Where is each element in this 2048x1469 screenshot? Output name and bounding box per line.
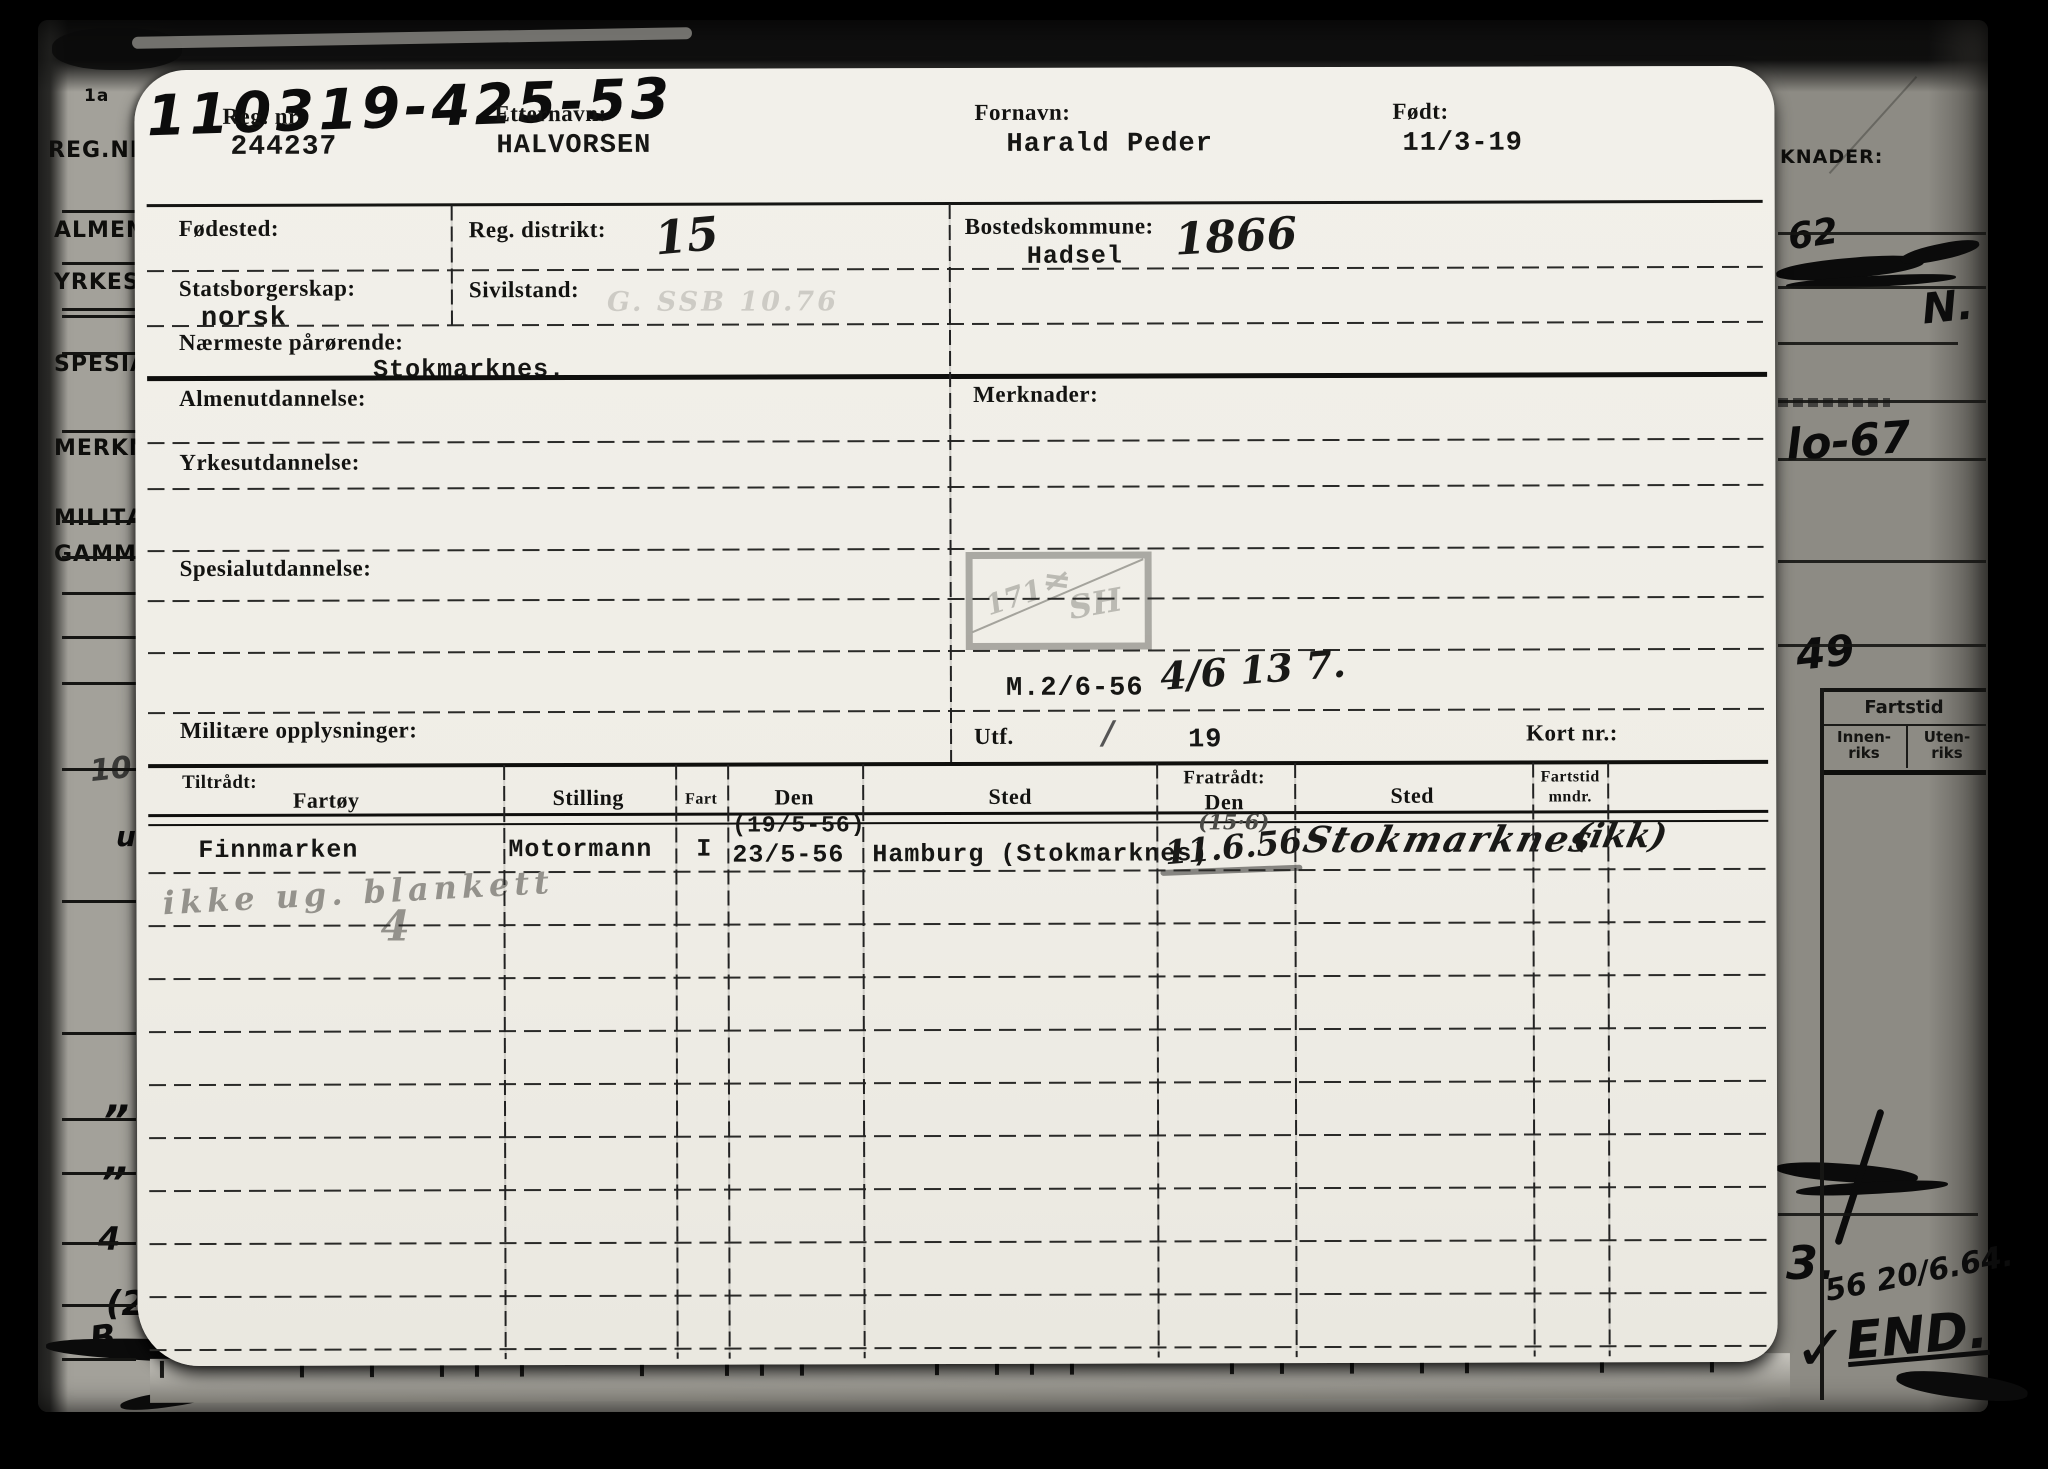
bg-left-ruled-line: [62, 520, 136, 523]
ruled-line: [148, 596, 1764, 602]
right-table-vertical: [1820, 688, 1824, 1400]
registration-card: 110319-425-53 Reg. nr. Etternavn: Fornav…: [134, 66, 1777, 1366]
cancelled-stamp-box: 171 ≠ SH: [966, 551, 1152, 649]
fartstid-column-divider: [1906, 726, 1908, 768]
table-column-line: [503, 765, 507, 1359]
bg-left-ruled-line: [62, 1304, 136, 1307]
table-column-line: [675, 765, 679, 1359]
top-left-dark-smudge: [52, 28, 182, 70]
row1-fart: I: [696, 835, 712, 864]
bg-label-almen: ALMEN: [54, 218, 145, 243]
ruled-line: [147, 200, 1763, 207]
col-sted-2: Sted: [1390, 783, 1434, 809]
bg-label-knader: KNADER:: [1780, 146, 1883, 168]
bg-right-ruled-line: [1778, 232, 1986, 235]
reg-nr-value: 244237: [230, 132, 337, 163]
row1-den: 23/5-56: [732, 840, 844, 869]
ruled-line: [147, 266, 1763, 272]
bg-right-ruled-line: [1778, 560, 1986, 563]
reg-distrikt-value-handwritten: 15: [652, 206, 721, 266]
ruled-line: [149, 1239, 1769, 1245]
reg-nr-label: Reg. nr.: [222, 104, 303, 130]
ruled-line: [149, 1027, 1769, 1033]
etternavn-label: Etternavn:: [494, 101, 606, 127]
bostedskommune-value: Hadsel: [1027, 242, 1123, 271]
fornavn-value: Harald Peder: [1006, 129, 1213, 160]
row1-fartstid-handwritten: (ikk): [1570, 816, 1671, 856]
ruled-line: [149, 974, 1769, 980]
bg-left-ruled-line: [62, 262, 136, 265]
bostedskommune-label: Bostedskommune:: [965, 213, 1154, 239]
merknad-typed-date: M.2/6-56: [1006, 674, 1144, 704]
corner-mark: 1a: [84, 86, 109, 106]
right-hand-49: 49: [1794, 625, 1857, 680]
column-divider: [949, 204, 952, 762]
left-mark-u: u: [116, 820, 136, 853]
col-fartoy: Fartøy: [293, 788, 360, 814]
table-column-line: [727, 765, 731, 1359]
right-hand-lo67: lo-67: [1784, 412, 1912, 472]
militare-label: Militære opplysninger:: [180, 717, 417, 744]
reg-distrikt-label: Reg. distrikt:: [469, 217, 606, 243]
bg-left-ruled-line: [62, 1358, 136, 1361]
fratradt-label: Fratrådt:: [1183, 767, 1265, 789]
bg-left-ruled-line: [62, 1172, 136, 1175]
fornavn-label: Fornavn:: [974, 100, 1070, 126]
row1-stilling: Motormann: [508, 835, 652, 864]
statsborgerskap-label: Statsborgerskap:: [179, 276, 356, 302]
bg-left-ruled-line: [62, 768, 136, 771]
utf-label: Utf.: [974, 724, 1014, 750]
bg-right-ruled-line: [1778, 286, 1986, 289]
ruled-line: [150, 1345, 1770, 1351]
bg-left-ruled-line: [62, 352, 136, 355]
row1-fratradt-sted-handwritten: Stokmarknes: [1299, 818, 1598, 861]
ruled-line: [148, 708, 1764, 714]
ruled-line: [147, 321, 1763, 327]
ruled-line: [149, 1133, 1769, 1139]
col-stilling: Stilling: [553, 785, 624, 811]
left-mark-q2: ”: [100, 1158, 127, 1207]
bg-left-ruled-line: [62, 900, 136, 903]
bg-left-ruled-line: [62, 430, 136, 433]
merknader-label: Merknader:: [973, 382, 1098, 408]
fodested-label: Fødested:: [179, 216, 279, 242]
bg-right-ruled-line: [1778, 400, 1986, 403]
bostedskommune-number-handwritten: 1866: [1173, 208, 1298, 266]
table-column-line: [862, 764, 866, 1358]
ruled-line: [147, 484, 1763, 490]
bg-left-ruled-line: [62, 636, 136, 639]
bg-label-yrkes: YRKES: [54, 270, 140, 295]
bg-left-ruled-line: [62, 1118, 136, 1121]
bg-left-ruled-line: [62, 1242, 136, 1245]
bg-left-ruled-line: [62, 592, 136, 595]
col-den: Den: [774, 784, 813, 810]
bg-left-ruled-line: [62, 210, 136, 213]
kort-nr-label: Kort nr.:: [1526, 720, 1618, 746]
ruled-line: [149, 1080, 1769, 1086]
stamp-pencil-initials: SH: [1066, 580, 1125, 627]
fodt-label: Født:: [1392, 99, 1448, 125]
fodt-value: 11/3-19: [1402, 129, 1523, 159]
right-hand-end: END.: [1844, 1300, 1991, 1372]
row1-fartoy: Finnmarken: [198, 836, 358, 865]
utf-stray-slash: /: [1102, 714, 1114, 752]
row1-den-alt: (19/5-56): [732, 812, 865, 838]
bg-right-ruled-line: [1778, 1213, 1978, 1216]
fartstid-header: Fartstid: [1864, 697, 1943, 718]
bg-label-regnr: REG.NR: [48, 138, 148, 163]
column-divider: [451, 205, 453, 325]
bg-right-ruled-line: [1778, 458, 1986, 461]
bg-right-ruled-line: [1778, 644, 1986, 647]
ruled-line: [148, 546, 1764, 552]
spesialutdannelse-label: Spesialutdannelse:: [180, 556, 372, 583]
ruled-line: [149, 1186, 1769, 1192]
yrkesutdannelse-label: Yrkesutdannelse:: [179, 450, 360, 476]
col-sted: Sted: [988, 784, 1032, 810]
etternavn-value: HALVORSEN: [496, 131, 651, 161]
left-mark-4: 4: [98, 1220, 120, 1258]
tiltradt-label: Tiltrådt:: [182, 772, 257, 794]
bg-right-ruled-line: [1778, 342, 1958, 345]
bg-left-ruled-line: [62, 315, 136, 318]
col-mndr: mndr.: [1549, 788, 1592, 806]
edge-tick-mark: [160, 1361, 164, 1378]
scanned-seaman-register-card: 1a REG.NR ALMEN YRKES SPESIAL MERKN. MIL…: [0, 0, 2048, 1469]
ruled-line: [148, 648, 1764, 654]
utf-value: 19: [1188, 725, 1222, 755]
utenriks-header: Uten- riks: [1912, 729, 1982, 761]
bg-left-ruled-line: [62, 308, 136, 311]
bg-left-ruled-line: [62, 1032, 136, 1035]
fartstid-mini-table: Fartstid Innen- riks Uten- riks: [1822, 688, 1986, 775]
innenriks-header: Innen- riks: [1828, 729, 1900, 761]
ruled-line: [147, 438, 1763, 444]
almenutdannelse-label: Almenutdannelse:: [179, 386, 366, 412]
ruled-line: [148, 760, 1768, 768]
ruled-line: [150, 1292, 1770, 1298]
sivilstand-pencil-note: G. SSB 10.76: [607, 286, 839, 318]
parorende-label: Nærmeste pårørende:: [179, 329, 403, 356]
bg-left-ruled-line: [62, 556, 136, 559]
bg-left-ruled-line: [62, 682, 136, 685]
sivilstand-label: Sivilstand:: [469, 277, 579, 303]
fartstid-divider-line: [1822, 724, 1986, 726]
col-fartstid: Fartstid: [1541, 768, 1600, 786]
col-fart: Fart: [685, 791, 717, 809]
